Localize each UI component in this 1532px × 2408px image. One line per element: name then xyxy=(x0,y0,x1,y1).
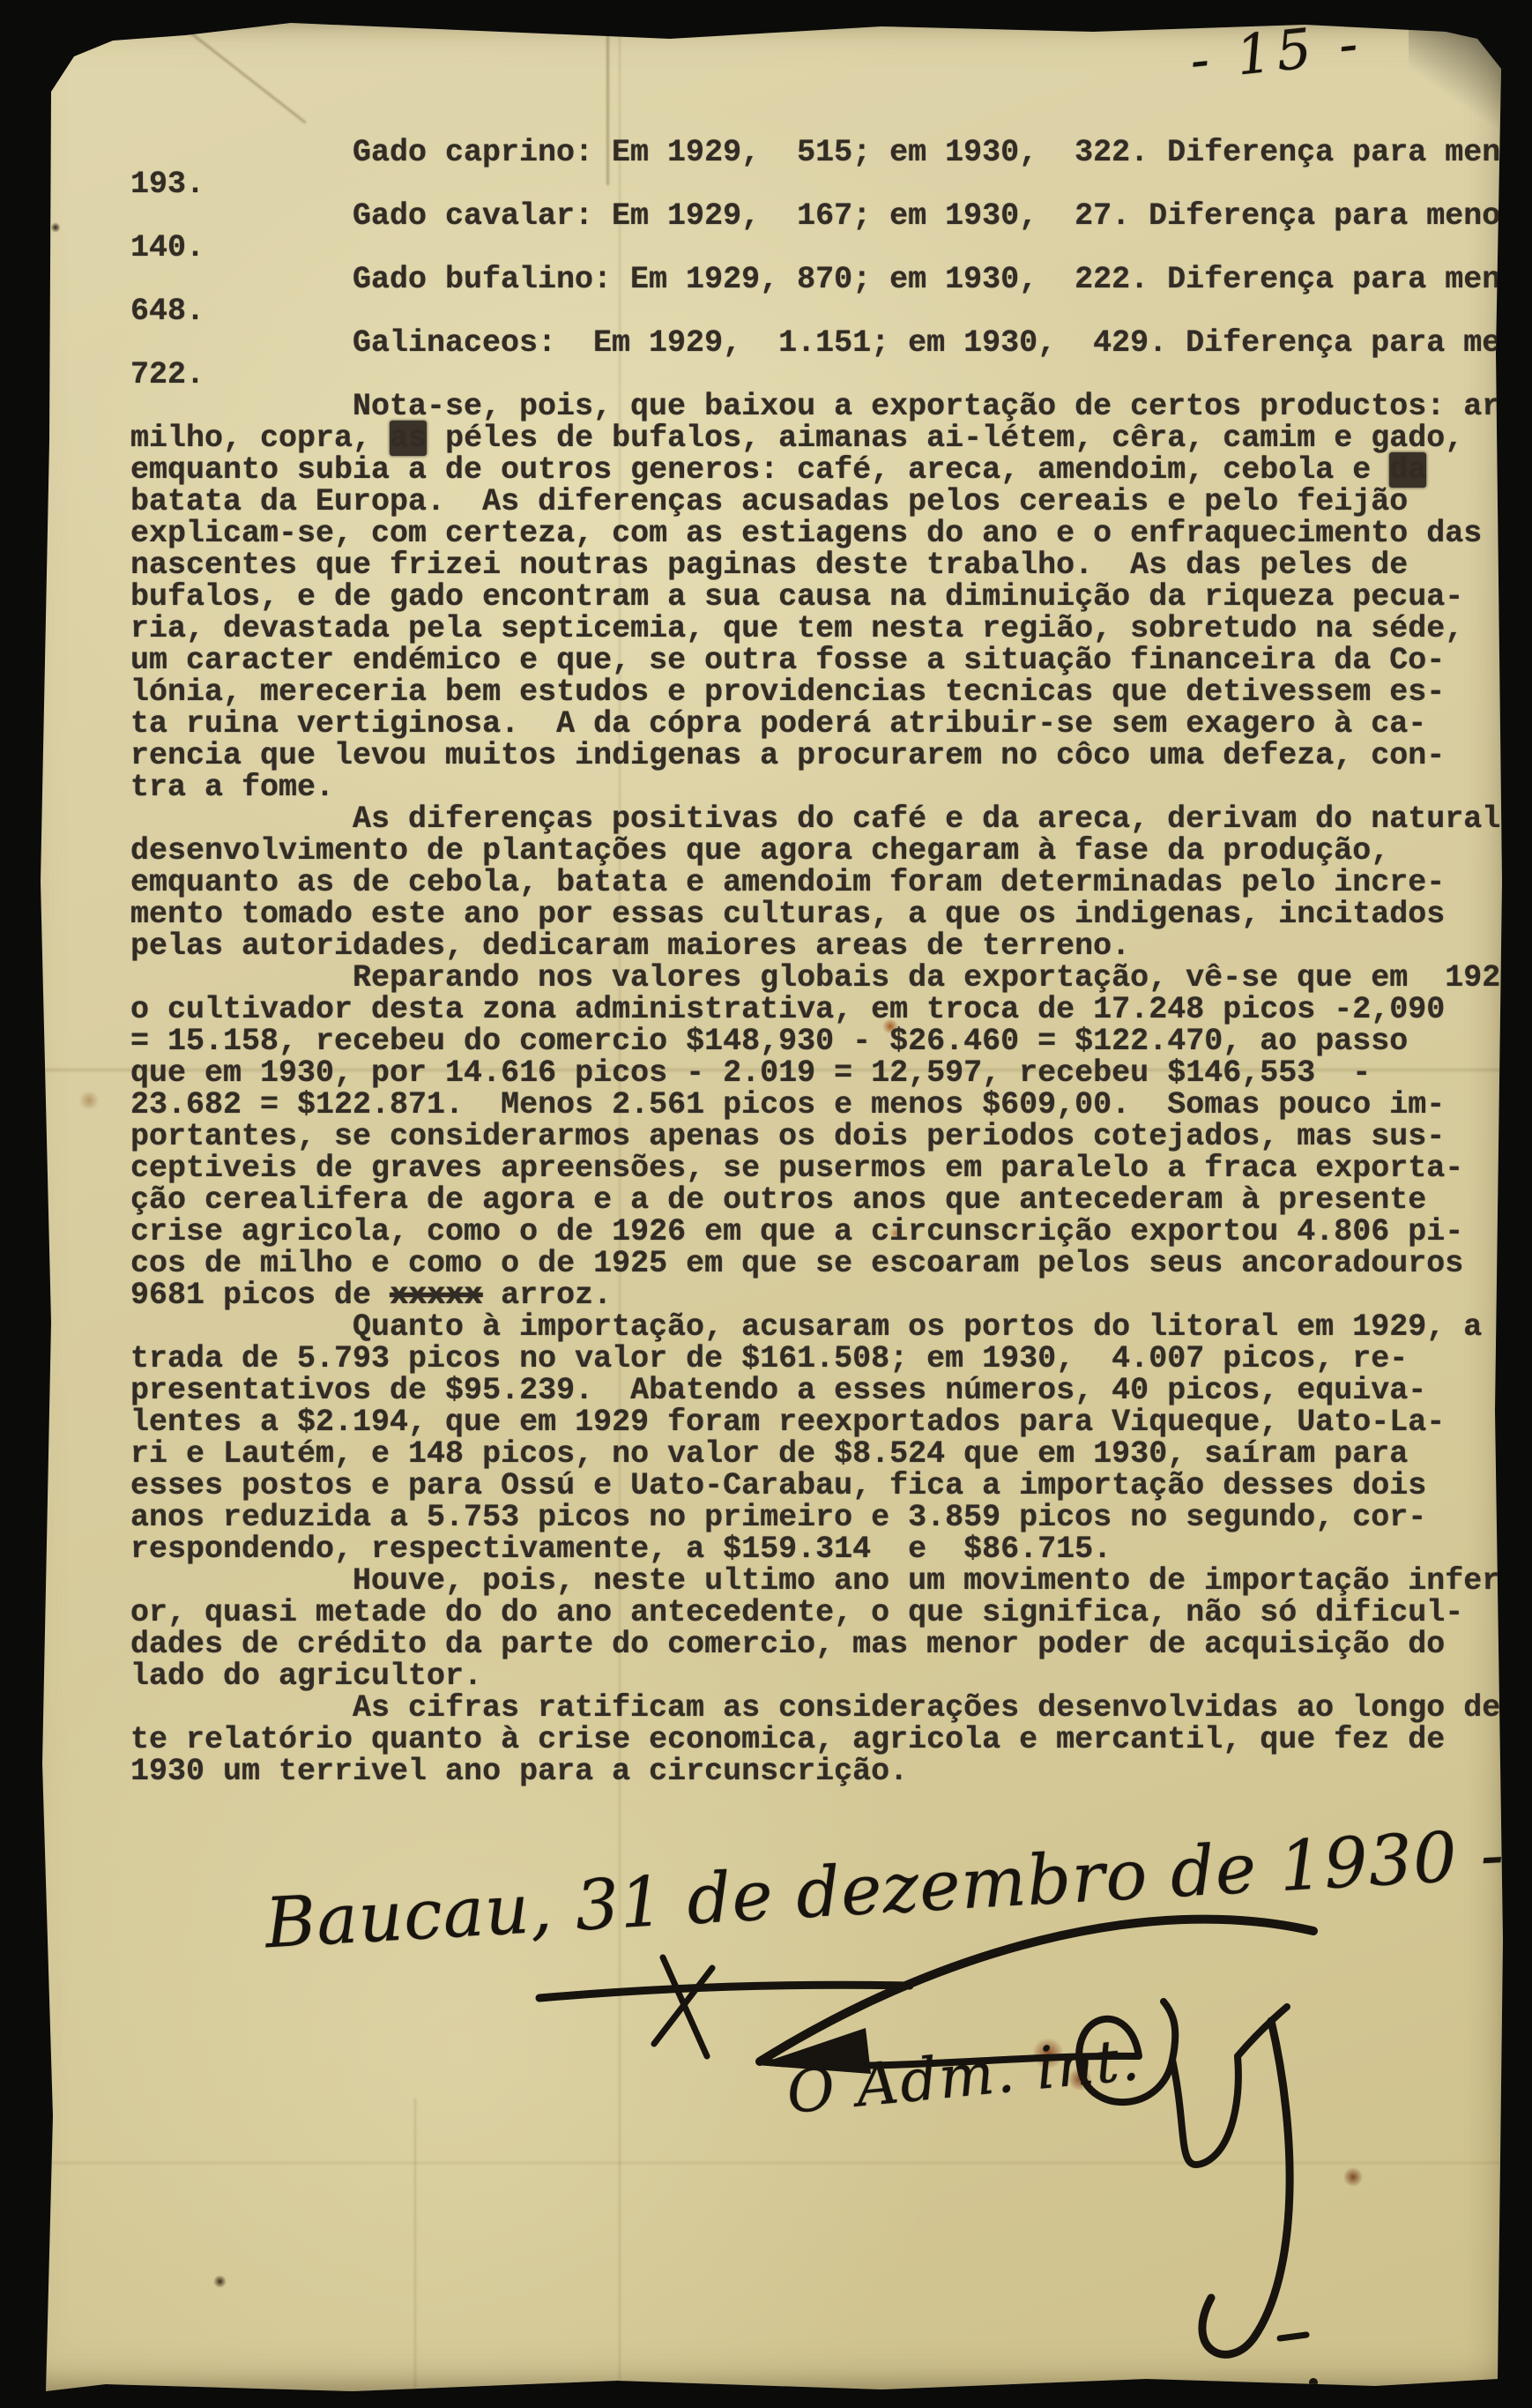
typed-text-run: Houve, pois, neste ultimo ano um movimen… xyxy=(353,1563,1532,1599)
typed-text-run: presentativos de $95.239. Abatendo a ess… xyxy=(130,1373,1426,1408)
typed-text-run: milho, copra, xyxy=(130,421,390,456)
typed-text-run: que em 1930, por 14.616 picos - 2.019 = … xyxy=(130,1055,1371,1091)
typed-line: mento tomado este ano por essas culturas… xyxy=(130,898,1532,930)
typed-line: lónia, mereceria bem estudos e providenc… xyxy=(130,676,1532,708)
typed-line: bufalos, e de gado encontram a sua causa… xyxy=(130,581,1532,613)
typed-text-run: bufalos, e de gado encontram a sua causa… xyxy=(130,579,1463,615)
typed-line: dades de crédito da parte do comercio, m… xyxy=(130,1629,1532,1660)
typed-line: Gado bufalino: Em 1929, 870; em 1930, 22… xyxy=(130,264,1532,295)
typed-text-run: arroz. xyxy=(482,1278,612,1313)
typed-text-run: cos de milho e como o de 1925 em que se … xyxy=(130,1246,1463,1281)
typed-text-run: ta ruina vertiginosa. A da cópra poderá … xyxy=(130,706,1426,742)
typed-text-run: batata da Europa. As diferenças acusadas… xyxy=(130,484,1408,519)
typed-text-run: lado do agricultor. xyxy=(130,1659,482,1694)
typed-line: 722. xyxy=(130,359,1532,391)
paper-crease xyxy=(0,2162,1532,2164)
scanned-document: - 15 - Gado caprino: Em 1929, 515; em 19… xyxy=(0,0,1532,2408)
typed-line: Reparando nos valores globais da exporta… xyxy=(130,962,1532,994)
typed-line: or, quasi metade do do ano antecedente, … xyxy=(130,1597,1532,1629)
typed-line: 23.682 = $122.871. Menos 2.561 picos e m… xyxy=(130,1089,1532,1121)
paper-stain xyxy=(51,222,60,233)
typed-line: rencia que levou muitos indigenas a proc… xyxy=(130,740,1532,772)
typed-line: lentes a $2.194, que em 1929 foram reexp… xyxy=(130,1406,1532,1438)
typed-text-run: trada de 5.793 picos no valor de $161.50… xyxy=(130,1341,1408,1376)
typed-text-run: 1930 um terrivel ano para a circunscriçã… xyxy=(130,1754,908,1789)
typed-text-run: Nota-se, pois, que baixou a exportação d… xyxy=(353,389,1532,424)
handwritten-role: O Adm. int. xyxy=(784,2025,1143,2127)
typed-text-run: As diferenças positivas do café e da are… xyxy=(353,801,1500,837)
typed-text-run: péles de bufalos, aimanas ai-létem, cêra… xyxy=(427,421,1463,456)
page-number: - 15 - xyxy=(1187,11,1366,93)
typed-line: 9681 picos de xxxxx arroz. xyxy=(130,1279,1532,1311)
typed-line: 648. xyxy=(130,295,1532,327)
typed-line: crise agricola, como o de 1926 em que a … xyxy=(130,1216,1532,1248)
typed-text-run: nascentes que frizei noutras paginas des… xyxy=(130,548,1408,583)
typed-line: nascentes que frizei noutras paginas des… xyxy=(130,549,1532,581)
typed-text-run: 23.682 = $122.871. Menos 2.561 picos e m… xyxy=(130,1087,1445,1122)
handwritten-date: Baucau, 31 de dezembro de 1930 - xyxy=(264,1815,1507,1964)
typed-line: explicam-se, com certeza, com as estiage… xyxy=(130,518,1532,549)
typed-text-run: ria, devastada pela septicemia, que tem … xyxy=(130,611,1463,646)
typed-text-run: dades de crédito da parte do comercio, m… xyxy=(130,1627,1445,1662)
typed-line: batata da Europa. As diferenças acusadas… xyxy=(130,486,1532,518)
typed-text-run: pelas autoridades, dedicaram maiores are… xyxy=(130,928,1130,964)
typed-text-run: 648. xyxy=(130,294,205,329)
typed-text-run: lentes a $2.194, que em 1929 foram reexp… xyxy=(130,1405,1445,1440)
typed-line: ri e Lautém, e 148 picos, no valor de $8… xyxy=(130,1438,1532,1470)
typed-text-run: tra a fome. xyxy=(130,770,334,805)
typed-text-run: 722. xyxy=(130,357,205,392)
typed-text-run: explicam-se, com certeza, com as estiage… xyxy=(130,516,1482,551)
typed-line: ção cerealifera de agora e a de outros a… xyxy=(130,1184,1532,1216)
ink-blot-strikeout: da xyxy=(1389,452,1426,488)
typed-text-run: = 15.158, recebeu do comercio $148,930 -… xyxy=(130,1024,1408,1059)
typed-line: cos de milho e como o de 1925 em que se … xyxy=(130,1248,1532,1279)
typed-text-run: ri e Lautém, e 148 picos, no valor de $8… xyxy=(130,1436,1408,1472)
typed-text-run: Gado bufalino: Em 1929, 870; em 1930, 22… xyxy=(353,262,1532,297)
typed-text-run: 193. xyxy=(130,167,205,202)
typed-line: = 15.158, recebeu do comercio $148,930 -… xyxy=(130,1025,1532,1057)
typed-text-run: crise agricola, como o de 1926 em que a … xyxy=(130,1214,1463,1249)
typed-text-run: te relatório quanto à crise economica, a… xyxy=(130,1722,1445,1757)
typed-line: As cifras ratificam as considerações des… xyxy=(130,1692,1532,1724)
typed-line: milho, copra, as péles de bufalos, aiman… xyxy=(130,422,1532,454)
typed-line: emquanto as de cebola, batata e amendoim… xyxy=(130,867,1532,898)
typed-line: pelas autoridades, dedicaram maiores are… xyxy=(130,930,1532,962)
typed-text-run: esses postos e para Ossú e Uato-Carabau,… xyxy=(130,1468,1426,1503)
typed-text-run: respondendo, respectivamente, a $159.314… xyxy=(130,1532,1112,1567)
typed-line: tra a fome. xyxy=(130,772,1532,803)
typed-text-run: Gado caprino: Em 1929, 515; em 1930, 322… xyxy=(353,135,1532,170)
typed-text-run: 140. xyxy=(130,230,205,265)
document-page: - 15 - Gado caprino: Em 1929, 515; em 19… xyxy=(0,0,1532,2408)
typed-text-run: mento tomado este ano por essas culturas… xyxy=(130,897,1445,932)
typed-text-run: um caracter endémico e que, se outra fos… xyxy=(130,643,1445,678)
typed-line: o cultivador desta zona administrativa, … xyxy=(130,994,1532,1025)
typed-text-run: ção cerealifera de agora e a de outros a… xyxy=(130,1182,1426,1218)
typed-line: Galinaceos: Em 1929, 1.151; em 1930, 429… xyxy=(130,327,1532,359)
typed-line: respondendo, respectivamente, a $159.314… xyxy=(130,1533,1532,1565)
typed-text-run: anos reduzida a 5.753 picos no primeiro … xyxy=(130,1500,1426,1535)
typed-line: ta ruina vertiginosa. A da cópra poderá … xyxy=(130,708,1532,740)
typed-text-run: Gado cavalar: Em 1929, 167; em 1930, 27.… xyxy=(353,198,1532,234)
typed-line: lado do agricultor. xyxy=(130,1660,1532,1692)
typed-text-run: ceptiveis de graves apreensões, se puser… xyxy=(130,1151,1463,1186)
typed-line: que em 1930, por 14.616 picos - 2.019 = … xyxy=(130,1057,1532,1089)
typed-line: 1930 um terrivel ano para a circunscriçã… xyxy=(130,1756,1532,1787)
typed-text-block: Gado caprino: Em 1929, 515; em 1930, 322… xyxy=(130,137,1532,1787)
typed-line: trada de 5.793 picos no valor de $161.50… xyxy=(130,1343,1532,1375)
typed-line: ceptiveis de graves apreensões, se puser… xyxy=(130,1152,1532,1184)
typed-line: As diferenças positivas do café e da are… xyxy=(130,803,1532,835)
typed-line: Quanto à importação, acusaram os portos … xyxy=(130,1311,1532,1343)
typed-line: Houve, pois, neste ultimo ano um movimen… xyxy=(130,1565,1532,1597)
ink-blot-strikeout: as xyxy=(390,421,427,456)
typed-line: portantes, se considerarmos apenas os do… xyxy=(130,1121,1532,1152)
typed-text-run: portantes, se considerarmos apenas os do… xyxy=(130,1119,1445,1154)
typed-text-run: o cultivador desta zona administrativa, … xyxy=(130,992,1445,1027)
paper-crease xyxy=(152,3,306,124)
typed-line: ria, devastada pela septicemia, que tem … xyxy=(130,613,1532,645)
typed-text-run: As cifras ratificam as considerações des… xyxy=(353,1690,1532,1726)
paper-stain xyxy=(213,2275,227,2288)
typed-line: te relatório quanto à crise economica, a… xyxy=(130,1724,1532,1756)
typed-text-run: Quanto à importação, acusaram os portos … xyxy=(353,1309,1532,1345)
typed-line: Gado cavalar: Em 1929, 167; em 1930, 27.… xyxy=(130,200,1532,232)
typed-line: um caracter endémico e que, se outra fos… xyxy=(130,645,1532,676)
typed-text-run: Reparando nos valores globais da exporta… xyxy=(353,960,1519,995)
paper-stain xyxy=(1343,2167,1363,2187)
typed-line: esses postos e para Ossú e Uato-Carabau,… xyxy=(130,1470,1532,1502)
typed-text-run: emquanto as de cebola, batata e amendoim… xyxy=(130,865,1445,900)
typed-text-run: lónia, mereceria bem estudos e providenc… xyxy=(130,675,1445,710)
typed-line: Nota-se, pois, que baixou a exportação d… xyxy=(130,391,1532,422)
typed-text-run: rencia que levou muitos indigenas a proc… xyxy=(130,738,1445,773)
typed-text-run: or, quasi metade do do ano antecedente, … xyxy=(130,1595,1463,1630)
typed-text-run: Galinaceos: Em 1929, 1.151; em 1930, 429… xyxy=(353,325,1532,361)
typed-line: anos reduzida a 5.753 picos no primeiro … xyxy=(130,1502,1532,1533)
strikethrough-text: xxxxx xyxy=(390,1278,482,1313)
paper-crease xyxy=(414,2099,416,2407)
typed-line: emquanto subia a de outros generos: café… xyxy=(130,454,1532,486)
typed-line: 193. xyxy=(130,168,1532,200)
typed-line: Gado caprino: Em 1929, 515; em 1930, 322… xyxy=(130,137,1532,168)
typed-line: desenvolvimento de plantações que agora … xyxy=(130,835,1532,867)
typed-line: 140. xyxy=(130,232,1532,264)
paper-stain xyxy=(78,1092,100,1109)
typed-line: presentativos de $95.239. Abatendo a ess… xyxy=(130,1375,1532,1406)
typed-text-run: desenvolvimento de plantações que agora … xyxy=(130,833,1389,869)
typed-text-run: emquanto subia a de outros generos: café… xyxy=(130,452,1389,488)
typed-text-run: 9681 picos de xyxy=(130,1278,390,1313)
